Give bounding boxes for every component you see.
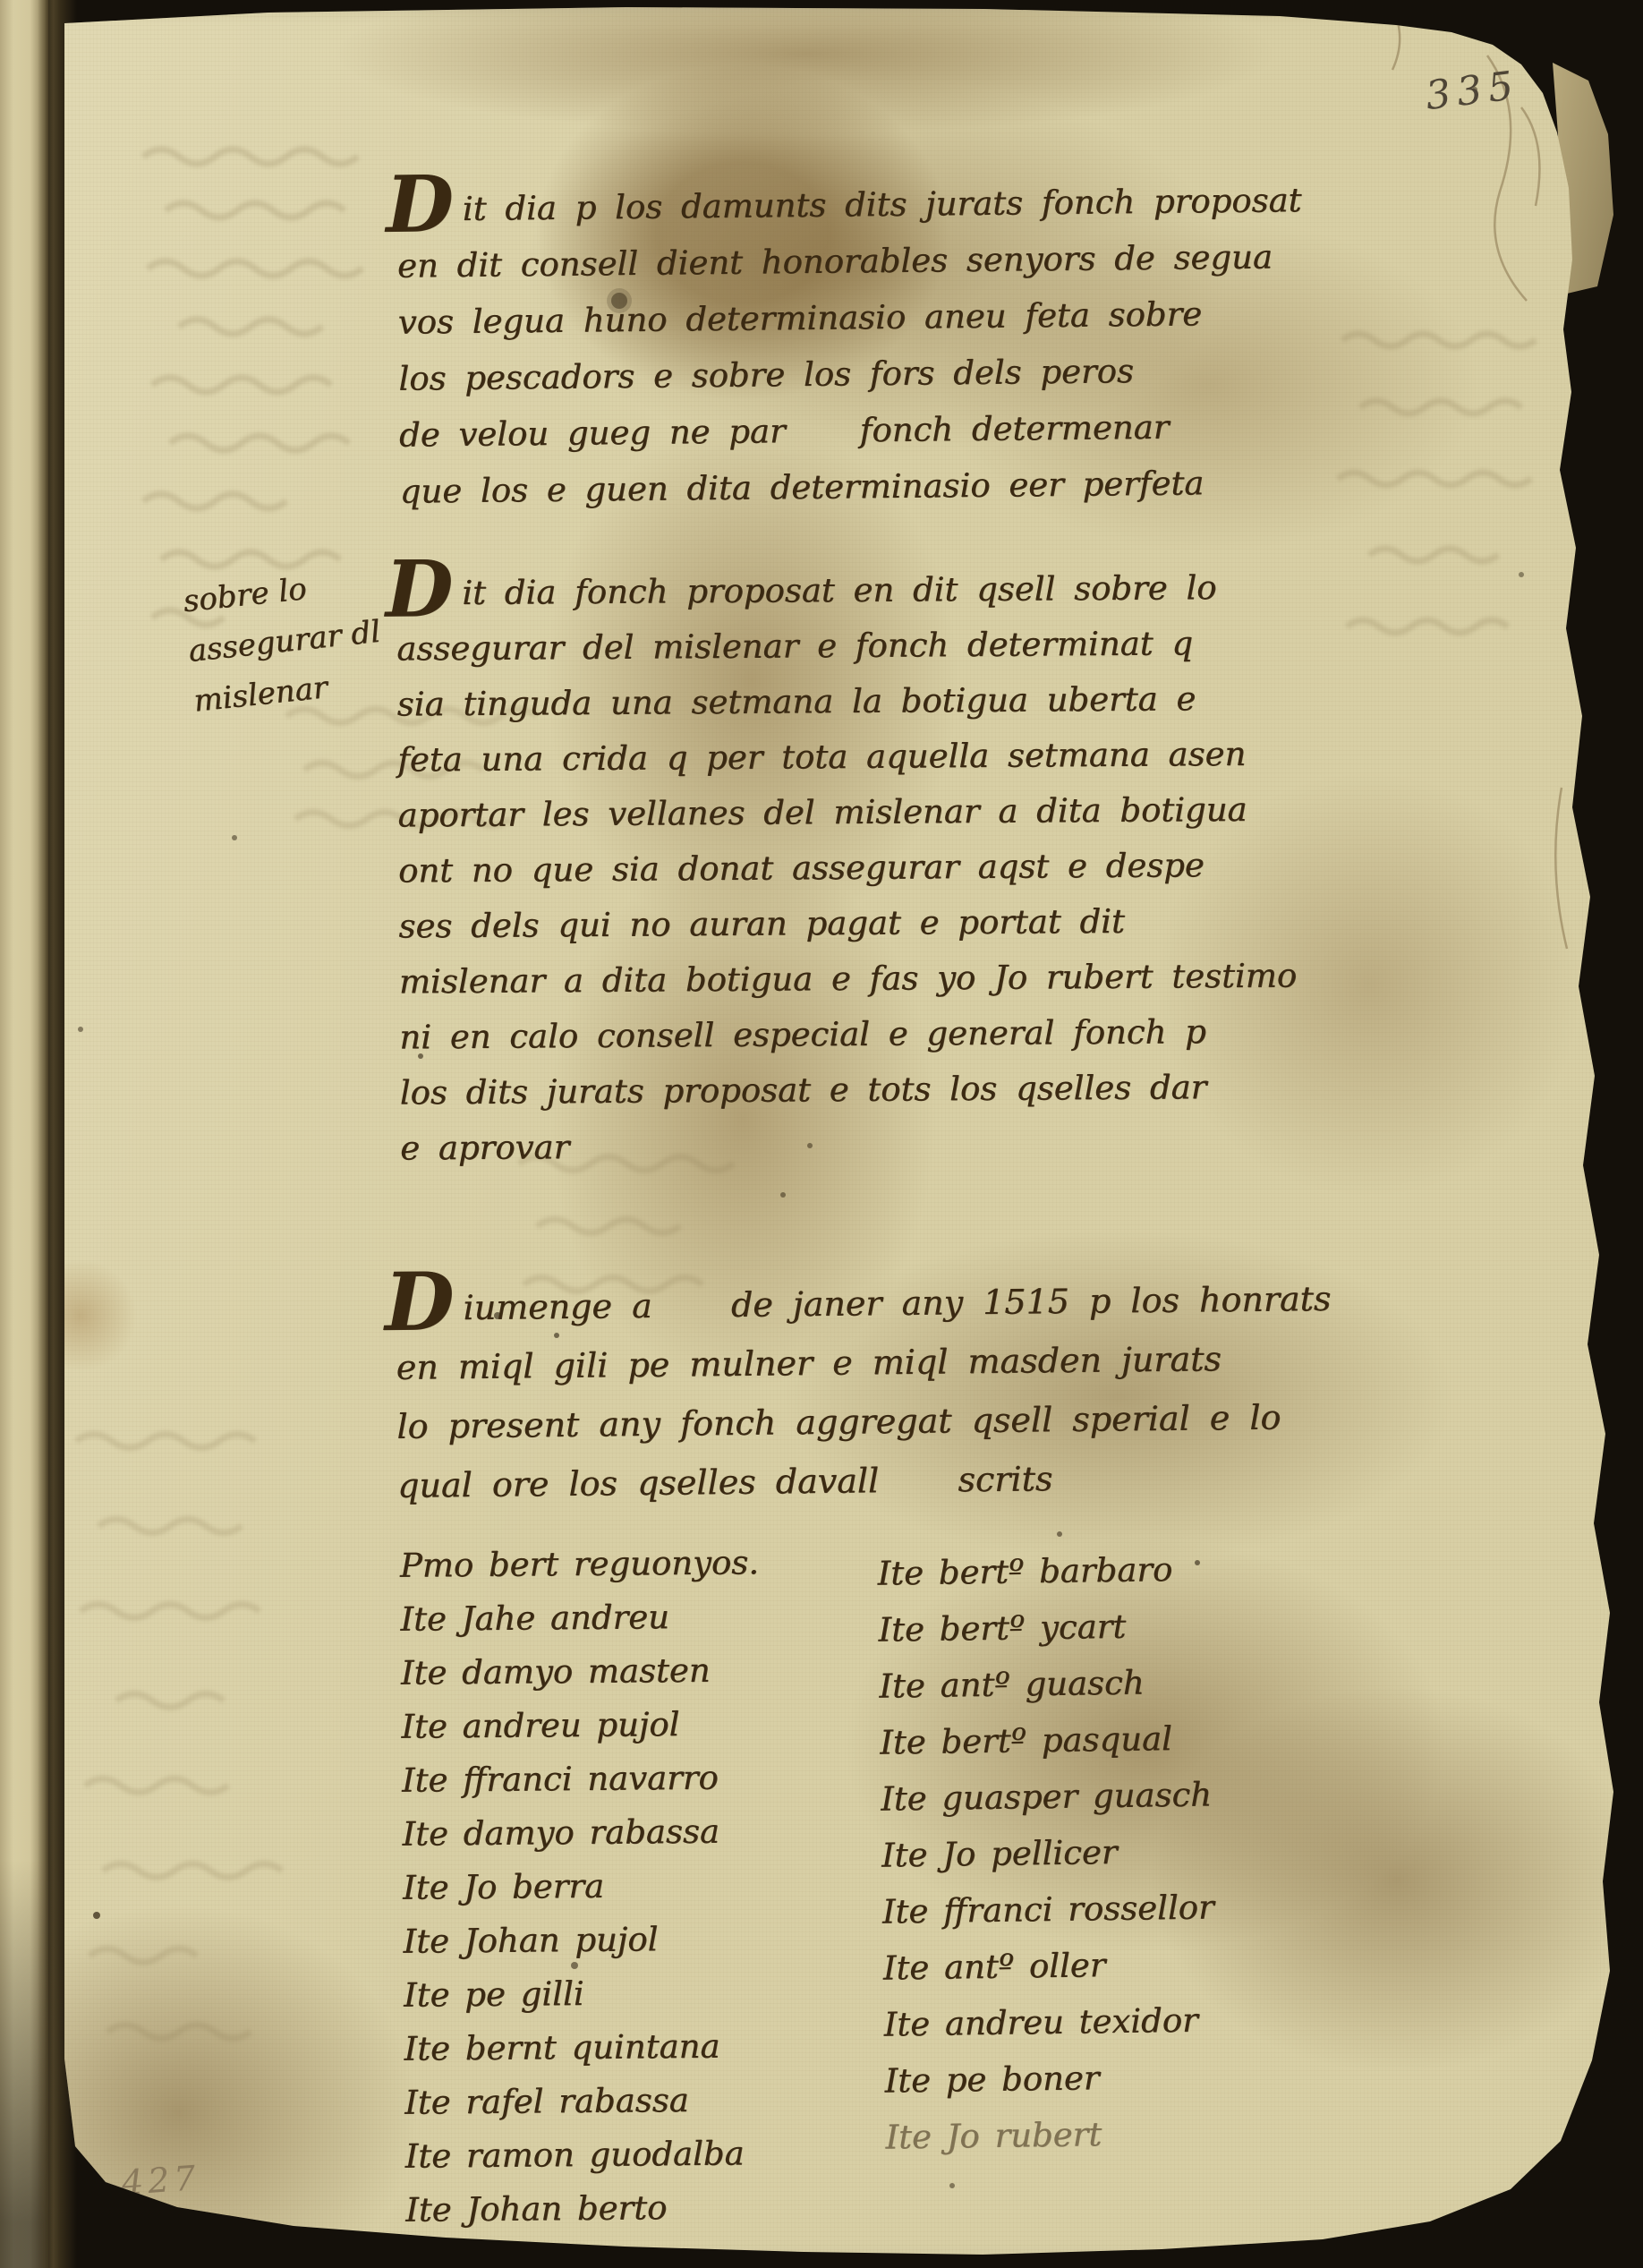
name-entry: Ite Jo pellicer [881,1822,1214,1883]
name-entry: Ite Jahe andreu [400,1590,760,1646]
name-entry: Ite bertº barbaro [877,1540,1210,1601]
text-line: assegurar del mislenar e fonch determina… [396,614,1551,678]
text-line: ont no que sia donat assegurar aqst e de… [398,835,1553,899]
folio-number-pencil: 427 [121,2158,201,2203]
name-entry: Ite pe boner [884,2048,1217,2109]
name-entry: Ite antº oller [882,1935,1215,1996]
name-entry: Ite ffranci rossellor [881,1879,1214,1940]
text-line: aportar les vellanes del mislenar a dita… [397,780,1552,843]
date-entry-paragraph: Diumenge a de janer any 1515 p los honra… [396,1266,1571,1515]
text-line: mislenar a dita botigua e fas yo Jo rube… [399,946,1554,1010]
second-entry-paragraph: Dit dia fonch proposat en dit qsell sobr… [396,558,1555,1177]
text-line: los dits jurats proposat e tots los qsel… [400,1057,1554,1121]
name-entry: Ite ffranci navarro [402,1751,762,1807]
name-entry: Ite Jo berra [403,1858,762,1914]
manuscript-page: 335 Dit dia p los damunts dits jurats fo… [0,0,1643,2268]
councillors-left-column: Pmo bert reguonyos. Ite Jahe andreu Ite … [400,1536,765,2237]
name-entry: Ite andreu texidor [883,1991,1216,2052]
name-entry: Ite pe gilli [404,1965,763,2022]
text-line: feta una crida q per tota aquella setman… [397,725,1552,789]
name-entry: Ite Jo rubert [885,2104,1218,2165]
name-entry: Ite antº guasch [879,1653,1212,1714]
text-line: Dit dia fonch proposat en dit qsell sobr… [396,558,1551,622]
text-line: que los e guen dita determinasio eer per… [399,451,1545,519]
name-entry: Ite bertº pasqual [880,1710,1213,1770]
name-entry: Ite ramon guodalba [404,2127,764,2183]
name-entry: Ite damyo rabassa [402,1804,762,1861]
text-line: ni en calo consell especial e general fo… [399,1002,1554,1065]
text-line: e aprovar [400,1113,1554,1176]
text-line: ses dels qui no auran pagat e portat dit [398,891,1553,954]
name-entry: Ite damyo masten [401,1643,761,1700]
name-entry: Ite rafel rabassa [404,2073,764,2129]
folio-number-ink: 335 [1423,63,1521,119]
name-entry: Ite bernt quintana [404,2019,763,2076]
name-entry: Pmo bert reguonyos. [400,1536,760,1592]
name-entry: Ite guasper guasch [881,1766,1213,1827]
manuscript-scan: { "page": { "folio_number_ink": "335", "… [0,0,1643,2268]
name-entry: Ite Johan pujol [403,1912,762,1968]
first-entry-paragraph: Dit dia p los damunts dits jurats fonch … [396,169,1545,519]
name-entry: Ite Johan berto [405,2180,765,2237]
text-line: sia tinguda una setmana la botigua ubert… [397,669,1552,733]
text-line: qual ore los qselles davall scrits [397,1444,1571,1515]
councillors-right-column: Ite bertº barbaro Ite bertº ycart Ite an… [877,1540,1217,2165]
name-entry: Ite bertº ycart [878,1597,1211,1658]
name-entry: Ite andreu pujol [401,1697,761,1753]
